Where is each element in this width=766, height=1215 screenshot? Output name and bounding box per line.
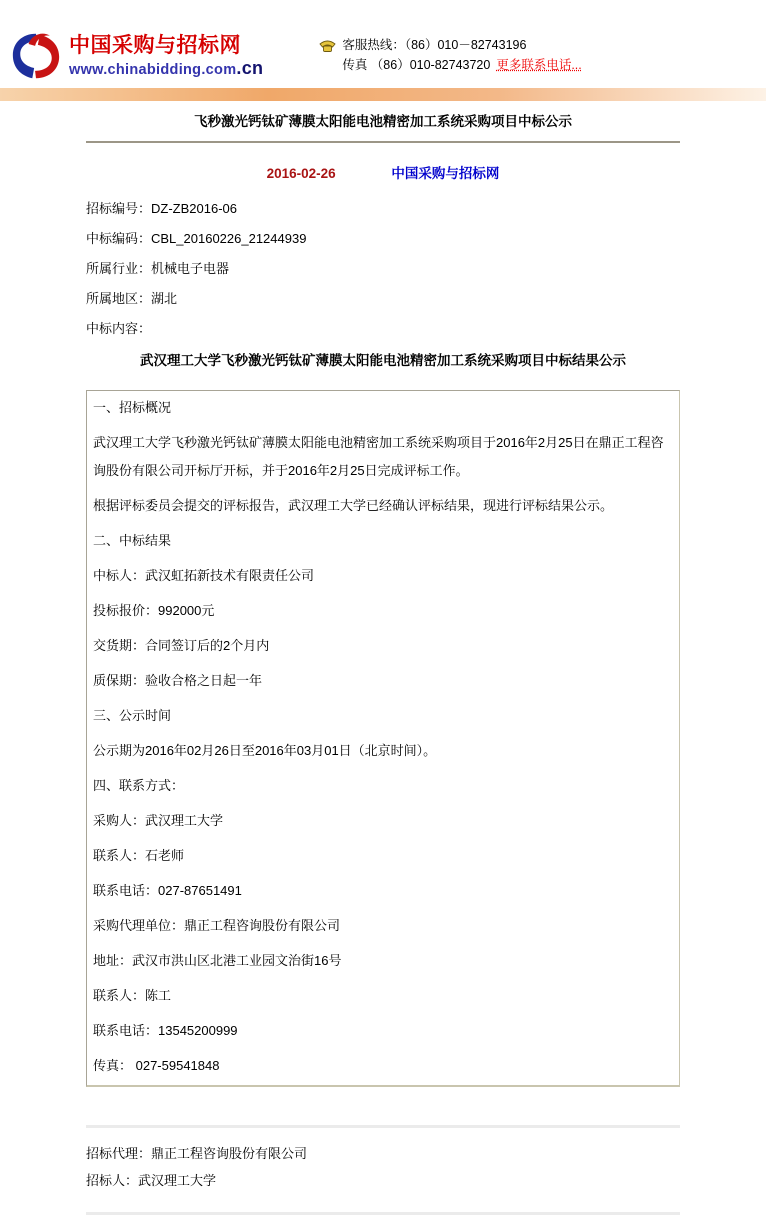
footer-agent: 招标代理：鼎正工程咨询股份有限公司 (86, 1144, 680, 1164)
site-logo-icon (10, 31, 62, 81)
footer-divider-top (86, 1125, 680, 1128)
title-divider (86, 141, 680, 143)
award-code: 中标编码：CBL_20160226_21244939 (86, 229, 680, 249)
hotline-line: 客服热线：（86）010－82743196 (319, 36, 581, 55)
result-title: 武汉理工大学飞秒激光钙钛矿薄膜太阳能电池精密加工系统采购项目中标结果公示 (86, 349, 680, 369)
fax-number: 传真： 027-59541848 (93, 1052, 673, 1080)
fax-line: 传真 （86）010-82743720 更多联系电话... (319, 56, 581, 75)
hotline-text: 客服热线：（86）010－82743196 (342, 36, 526, 55)
telephone-icon (319, 38, 336, 53)
fax-text: 传真 （86）010-82743720 (342, 56, 490, 75)
contact-person-1: 联系人：石老师 (93, 842, 673, 870)
footer-tenderee: 招标人：武汉理工大学 (86, 1171, 680, 1191)
more-contacts-link[interactable]: 更多联系电话... (496, 56, 581, 75)
publish-date: 2016-02-26 (267, 166, 336, 181)
notice-box: 一、招标概况 武汉理工大学飞秒激光钙钛矿薄膜太阳能电池精密加工系统采购项目于20… (86, 390, 680, 1087)
region: 所属地区：湖北 (86, 289, 680, 309)
purchaser: 采购人：武汉理工大学 (93, 807, 673, 835)
site-url-tld: .cn (236, 58, 263, 78)
site-logo[interactable]: 中国采购与招标网 www.chinabidding.com.cn (10, 31, 263, 81)
site-logo-text: 中国采购与招标网 www.chinabidding.com.cn (69, 35, 263, 78)
notice-section-2: 二、中标结果 (93, 527, 673, 555)
winner: 中标人：武汉虹拓新技术有限责任公司 (93, 562, 673, 590)
contact-info: 客服热线：（86）010－82743196 传真 （86）010-8274372… (319, 31, 581, 75)
agency: 采购代理单位：鼎正工程咨询股份有限公司 (93, 912, 673, 940)
bid-price: 投标报价：992000元 (93, 597, 673, 625)
header-accent-bar (0, 88, 766, 101)
site-url[interactable]: www.chinabidding.com.cn (69, 59, 263, 78)
delivery-period: 交货期：合同签订后的2个月内 (93, 632, 673, 660)
notice-section-1: 一、招标概况 (93, 394, 673, 422)
publicity-period: 公示期为2016年02月26日至2016年03月01日（北京时间）。 (93, 737, 673, 765)
industry: 所属行业：机械电子电器 (86, 259, 680, 279)
article-content: 飞秒激光钙钛矿薄膜太阳能电池精密加工系统采购项目中标公示 2016-02-26 … (86, 110, 680, 1215)
notice-overview: 武汉理工大学飞秒激光钙钛矿薄膜太阳能电池精密加工系统采购项目于2016年2月25… (93, 429, 673, 485)
site-url-main: www.chinabidding.com (69, 62, 236, 78)
notice-section-3: 三、公示时间 (93, 702, 673, 730)
source-site-link[interactable]: 中国采购与招标网 (391, 166, 499, 181)
contact-phone-1: 联系电话：027-87651491 (93, 877, 673, 905)
article-meta-row: 2016-02-26 中国采购与招标网 (86, 162, 680, 182)
tender-meta: 招标编号：DZ-ZB2016-06 中标编码：CBL_20160226_2124… (86, 199, 680, 339)
award-content-label: 中标内容： (86, 319, 680, 339)
notice-section-4: 四、联系方式： (93, 772, 673, 800)
contact-person-2: 联系人：陈工 (93, 982, 673, 1010)
notice-confirmation: 根据评标委员会提交的评标报告，武汉理工大学已经确认评标结果，现进行评标结果公示。 (93, 492, 673, 520)
page-title: 飞秒激光钙钛矿薄膜太阳能电池精密加工系统采购项目中标公示 (86, 110, 680, 130)
site-name: 中国采购与招标网 (69, 35, 263, 56)
site-header: 中国采购与招标网 www.chinabidding.com.cn 客服热线：（8… (0, 0, 766, 88)
contact-phone-2: 联系电话：13545200999 (93, 1017, 673, 1045)
warranty-period: 质保期：验收合格之日起一年 (93, 667, 673, 695)
tender-number: 招标编号：DZ-ZB2016-06 (86, 199, 680, 219)
agency-address: 地址：武汉市洪山区北港工业园文治街16号 (93, 947, 673, 975)
